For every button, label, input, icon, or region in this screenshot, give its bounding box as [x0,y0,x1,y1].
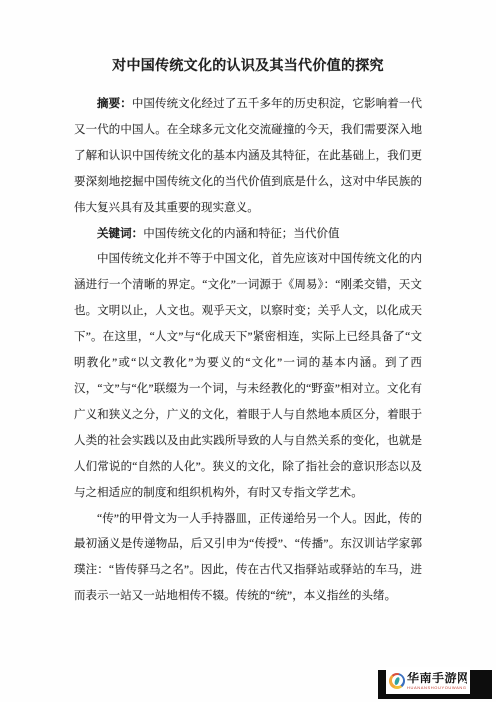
document-title: 对中国传统文化的认识及其当代价值的探究 [74,56,422,78]
document-page: 对中国传统文化的认识及其当代价值的探究 摘要：中国传统文化经过了五千多年的历史积… [0,0,496,702]
document-text: 摘要：中国传统文化经过了五千多年的历史积淀，它影响着一代又一代的中国人。在全球多… [74,92,422,610]
logo-figure-icon [394,676,400,685]
site-logo-icon [389,673,405,689]
watermark-text-column: 华南手游网 HUANANSHOUYOUWANG [407,672,467,690]
body-paragraph-2: “传”的甲骨文为一人手持器皿，正传递给另一个人。因此，传的最初涵义是传递物品，后… [74,507,422,611]
abstract-label: 摘要： [97,98,132,110]
abstract-text: 中国传统文化经过了五千多年的历史积淀，它影响着一代又一代的中国人。在全球多元文化… [74,98,422,214]
abstract-paragraph: 摘要：中国传统文化经过了五千多年的历史积淀，它影响着一代又一代的中国人。在全球多… [74,92,422,222]
keywords-label: 关键词： [97,228,143,240]
site-name: 华南手游网 [407,672,467,685]
site-tagline: HUANANSHOUYOUWANG [407,685,467,690]
keywords-paragraph: 关键词：中国传统文化的内涵和特征；当代价值 [74,222,422,248]
document-body: 对中国传统文化的认识及其当代价值的探究 摘要：中国传统文化经过了五千多年的历史积… [74,56,422,610]
watermark-logo-box: 华南手游网 HUANANSHOUYOUWANG [386,667,470,694]
keywords-text: 中国传统文化的内涵和特征；当代价值 [143,228,339,240]
body-paragraph-1: 中国传统文化并不等于中国文化，首先应该对中国传统文化的内涵进行一个清晰的界定。“… [74,247,422,506]
